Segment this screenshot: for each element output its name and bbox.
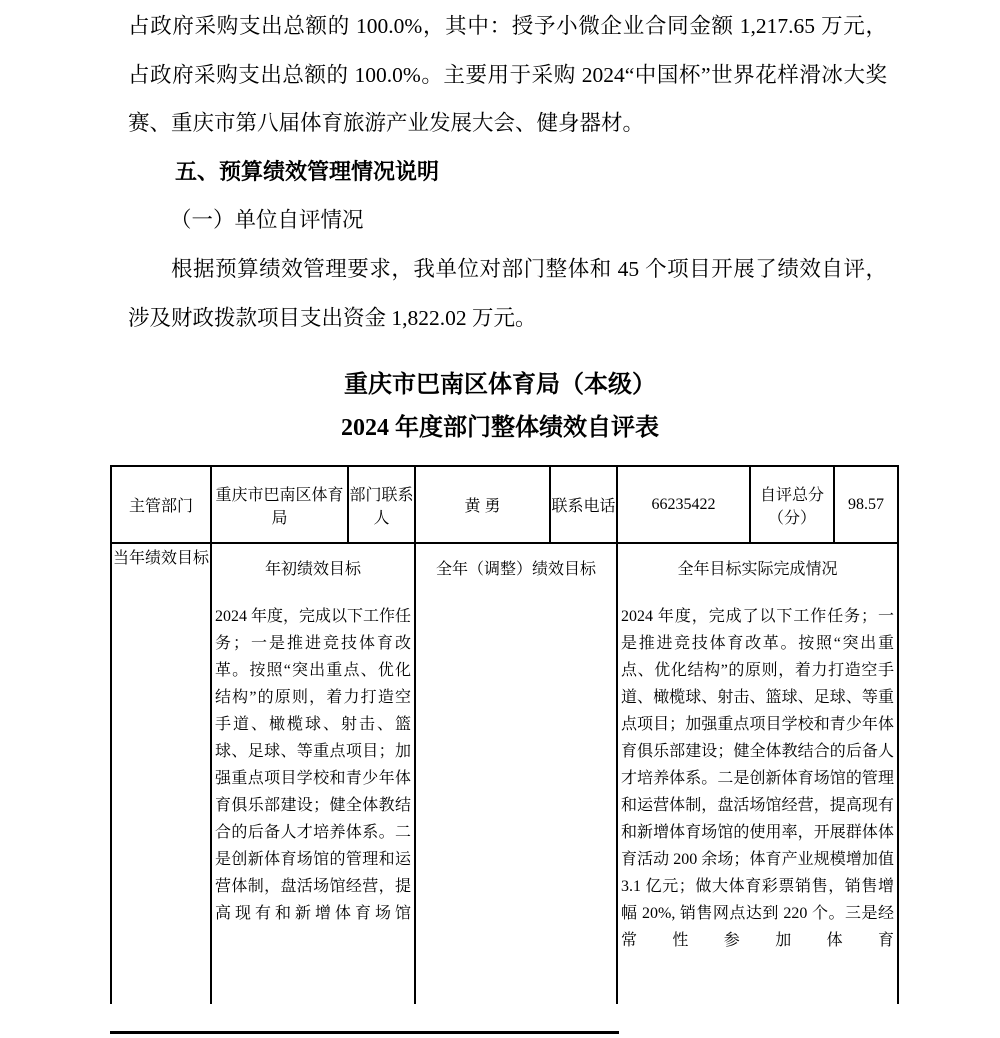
- annual-goal-label-cell: 当年绩效目标: [111, 543, 211, 1004]
- adjusted-goal-header: 全年（调整）绩效目标: [416, 557, 616, 582]
- row-bottom-border-segment: [110, 1031, 619, 1034]
- actual-completion-header: 全年目标实际完成情况: [618, 557, 897, 582]
- table-title-block: 重庆市巴南区体育局（本级） 2024 年度部门整体绩效自评表: [0, 364, 1000, 450]
- actual-completion-cell: 全年目标实际完成情况 2024 年度，完成了以下工作任务；一是推进竞技体育改革。…: [617, 543, 898, 1004]
- actual-completion-text: 2024 年度，完成了以下工作任务；一是推进竞技体育改革。按照“突出重点、优化结…: [618, 603, 897, 954]
- phone-label-cell: 联系电话: [550, 466, 617, 543]
- adjusted-goal-cell: 全年（调整）绩效目标: [415, 543, 617, 1004]
- performance-table: 主管部门 重庆市巴南区体育局 部门联系人 黄 勇 联系电话 66235422 自…: [110, 465, 899, 1004]
- phone-value-cell: 66235422: [617, 466, 750, 543]
- intro-paragraph: 占政府采购支出总额的 100.0%，其中：授予小微企业合同金额 1,217.65…: [128, 2, 887, 148]
- supervisor-dept-label-cell: 主管部门: [111, 466, 211, 543]
- dept-contact-value-cell: 黄 勇: [415, 466, 550, 543]
- table-title-line2: 2024 年度部门整体绩效自评表: [0, 407, 1000, 450]
- section-heading: 五、预算绩效管理情况说明: [128, 148, 887, 197]
- initial-goal-text: 2024 年度，完成以下工作任务；一是推进竞技体育改革。按照“突出重点、优化结构…: [212, 603, 414, 927]
- performance-goal-row: 当年绩效目标 年初绩效目标 2024 年度，完成以下工作任务；一是推进竞技体育改…: [111, 543, 898, 1004]
- subsection-heading: （一）单位自评情况: [128, 196, 887, 245]
- self-score-value-cell: 98.57: [834, 466, 898, 543]
- table-title-line1: 重庆市巴南区体育局（本级）: [0, 364, 1000, 407]
- self-eval-paragraph: 根据预算绩效管理要求，我单位对部门整体和 45 个项目开展了绩效自评，涉及财政拨…: [128, 245, 887, 342]
- initial-goal-cell: 年初绩效目标 2024 年度，完成以下工作任务；一是推进竞技体育改革。按照“突出…: [211, 543, 415, 1004]
- body-text-block: 占政府采购支出总额的 100.0%，其中：授予小微企业合同金额 1,217.65…: [0, 0, 1000, 342]
- self-score-label-cell: 自评总分（分）: [750, 466, 834, 543]
- initial-goal-header: 年初绩效目标: [212, 557, 414, 582]
- table-header-row: 主管部门 重庆市巴南区体育局 部门联系人 黄 勇 联系电话 66235422 自…: [111, 466, 898, 543]
- dept-contact-label-cell: 部门联系人: [348, 466, 415, 543]
- document-page: 占政府采购支出总额的 100.0%，其中：授予小微企业合同金额 1,217.65…: [0, 0, 1000, 1004]
- supervisor-dept-value-cell: 重庆市巴南区体育局: [211, 466, 348, 543]
